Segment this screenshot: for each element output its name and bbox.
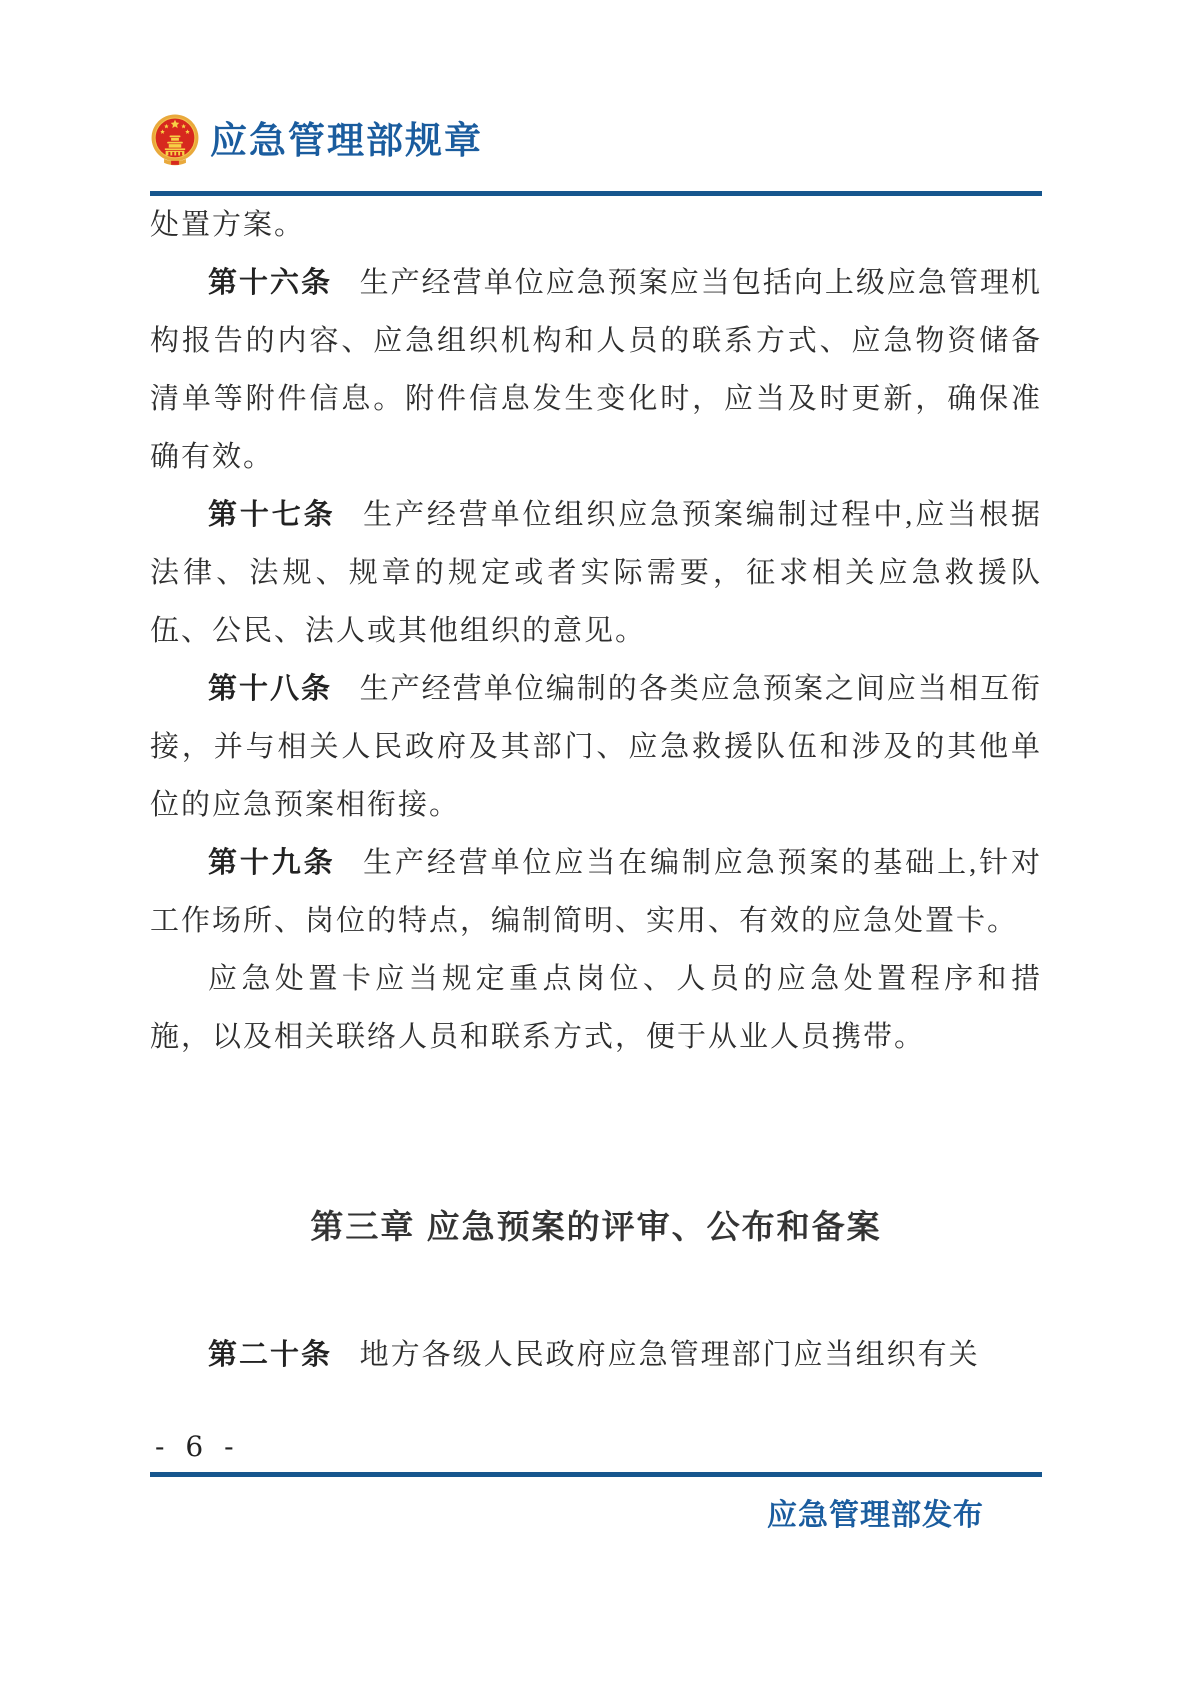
- body-paragraph: 第十七条生产经营单位组织应急预案编制过程中,应当根据法律、法规、规章的规定或者实…: [150, 486, 1042, 660]
- document-page: 应急管理部规章 处置方案。 第十六条生产经营单位应急预案应当包括向上级应急管理机…: [0, 0, 1190, 1683]
- document-body: 处置方案。 第十六条生产经营单位应急预案应当包括向上级应急管理机构报告的内容、应…: [150, 196, 1042, 1384]
- body-paragraph: 处置方案。: [150, 196, 1042, 254]
- body-paragraph: 第二十条地方各级人民政府应急管理部门应当组织有关: [150, 1326, 1042, 1384]
- publisher-label: 应急管理部发布: [150, 1497, 984, 1535]
- document-header: 应急管理部规章: [150, 110, 1040, 172]
- header-title: 应急管理部规章: [210, 110, 483, 172]
- body-paragraph: 第十六条生产经营单位应急预案应当包括向上级应急管理机构报告的内容、应急组织机构和…: [150, 254, 1042, 486]
- footer-divider: [150, 1472, 1042, 1477]
- paragraph-text: 地方各级人民政府应急管理部门应当组织有关: [360, 1339, 980, 1371]
- body-paragraph: 应急处置卡应当规定重点岗位、人员的应急处置程序和措施，以及相关联络人员和联系方式…: [150, 950, 1042, 1066]
- paragraph-text: 处置方案。: [150, 209, 305, 241]
- body-paragraph: 第十九条生产经营单位应当在编制应急预案的基础上,针对工作场所、岗位的特点，编制简…: [150, 834, 1042, 950]
- page-number: - 6 -: [155, 1430, 1190, 1464]
- article-number: 第十六条: [208, 267, 332, 299]
- article-number: 第十八条: [208, 673, 332, 705]
- national-emblem-icon: [150, 113, 200, 169]
- article-number: 第十七条: [208, 499, 336, 531]
- paragraph-text: 应急处置卡应当规定重点岗位、人员的应急处置程序和措施，以及相关联络人员和联系方式…: [150, 963, 1042, 1053]
- body-paragraph: 第十八条生产经营单位编制的各类应急预案之间应当相互衔接，并与相关人民政府及其部门…: [150, 660, 1042, 834]
- article-number: 第十九条: [208, 847, 336, 879]
- chapter-heading: 第三章 应急预案的评审、公布和备案: [150, 1198, 1042, 1256]
- article-number: 第二十条: [208, 1339, 332, 1371]
